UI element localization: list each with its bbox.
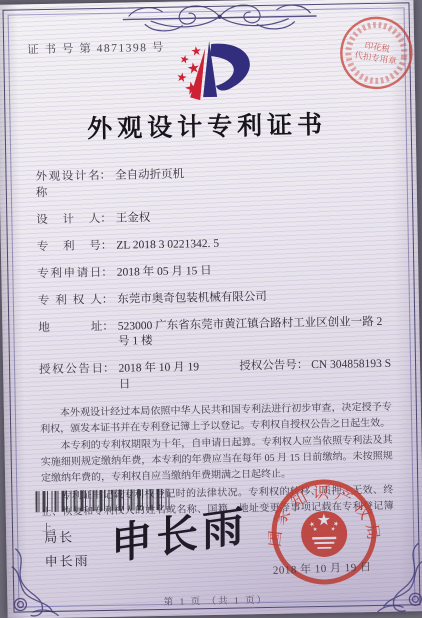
field-value-design-name: 全自动折页机 (115, 167, 184, 184)
seal-national-emblem (301, 511, 348, 558)
top-flourish-ornament (122, 0, 317, 41)
field-label: 专利申请日 (37, 266, 101, 283)
grant-pub-value: CN 304858193 S (311, 358, 391, 371)
certificate-number: 证 书 号 第 4871398 号 (27, 39, 165, 58)
field-label: 专利权人 (38, 293, 102, 310)
field-value-designer: 王金权 (116, 211, 151, 227)
field-colon: ： (100, 211, 112, 227)
field-row-patent-no: 专利号： ZL 2018 3 0221342. 5 (37, 233, 389, 255)
field-row-patentee: 专利权人： 东莞市奥奇包装机械有限公司 (38, 287, 390, 309)
field-label: 设计人 (36, 212, 100, 229)
field-label: 地址 (38, 320, 102, 337)
logo-p-bowl (210, 43, 250, 91)
certificate-title: 外观设计专利证书 (0, 103, 416, 147)
field-row-filing-date: 专利申请日： 2018 年 05 月 15 日 (37, 260, 389, 282)
field-colon: ： (102, 292, 114, 308)
grant-pub-label: 授权公告号 (239, 360, 297, 373)
certificate-photo: 证 书 号 第 4871398 号 印花税 代扣专用章 (0, 0, 422, 618)
field-colon: ： (103, 362, 115, 378)
field-colon: ： (297, 359, 309, 371)
cnipa-logo (163, 36, 280, 108)
grant-publication-group: 授权公告号： CN 304858193 S (239, 357, 391, 375)
field-row-address: 地址： 523000 广东省东莞市黄江镇合路村工业区创业一路 2 号 1 楼 (38, 314, 391, 351)
field-value-filing-date: 2018 年 05 月 15 日 (117, 264, 212, 281)
field-label: 专利号 (37, 239, 101, 256)
field-value-patentee: 东莞市奥奇包装机械有限公司 (117, 290, 267, 308)
field-row-grant-date: 授权公告日： 2018 年 10 月 19 日 授权公告号： CN 304858… (39, 357, 392, 394)
field-colon: ： (99, 169, 111, 185)
field-value-patent-no: ZL 2018 3 0221342. 5 (116, 236, 219, 253)
field-row-design-name: 外观设计名称： 全自动折页机 (35, 164, 388, 201)
field-value-address: 523000 广东省东莞市黄江镇合路村工业区创业一路 2 号 1 楼 (118, 314, 391, 350)
stamp-center-line2: 代扣专用章 (354, 50, 398, 67)
signer-title: 局长 (44, 530, 89, 544)
field-label: 外观设计名称 (35, 169, 100, 201)
signer-block: 局长 申长雨 (44, 530, 90, 568)
agency-stamp: 印花税 代扣专用章 (332, 8, 421, 97)
field-label: 授权公告日 (39, 362, 103, 379)
certificate-paper: 证 书 号 第 4871398 号 印花税 代扣专用章 (0, 0, 422, 618)
legal-paragraph-1: 本外观设计经过本局依照中华人民共和国专利法进行初步审查，决定授予专利权，颁发本证… (40, 399, 393, 438)
field-row-designer: 设计人： 王金权 (36, 206, 388, 228)
field-colon: ： (101, 265, 113, 281)
field-colon: ： (102, 319, 114, 335)
signer-name: 申长雨 (44, 554, 89, 568)
field-colon: ： (101, 238, 113, 254)
field-value-grant-date: 2018 年 10 月 19 日 (118, 360, 211, 393)
